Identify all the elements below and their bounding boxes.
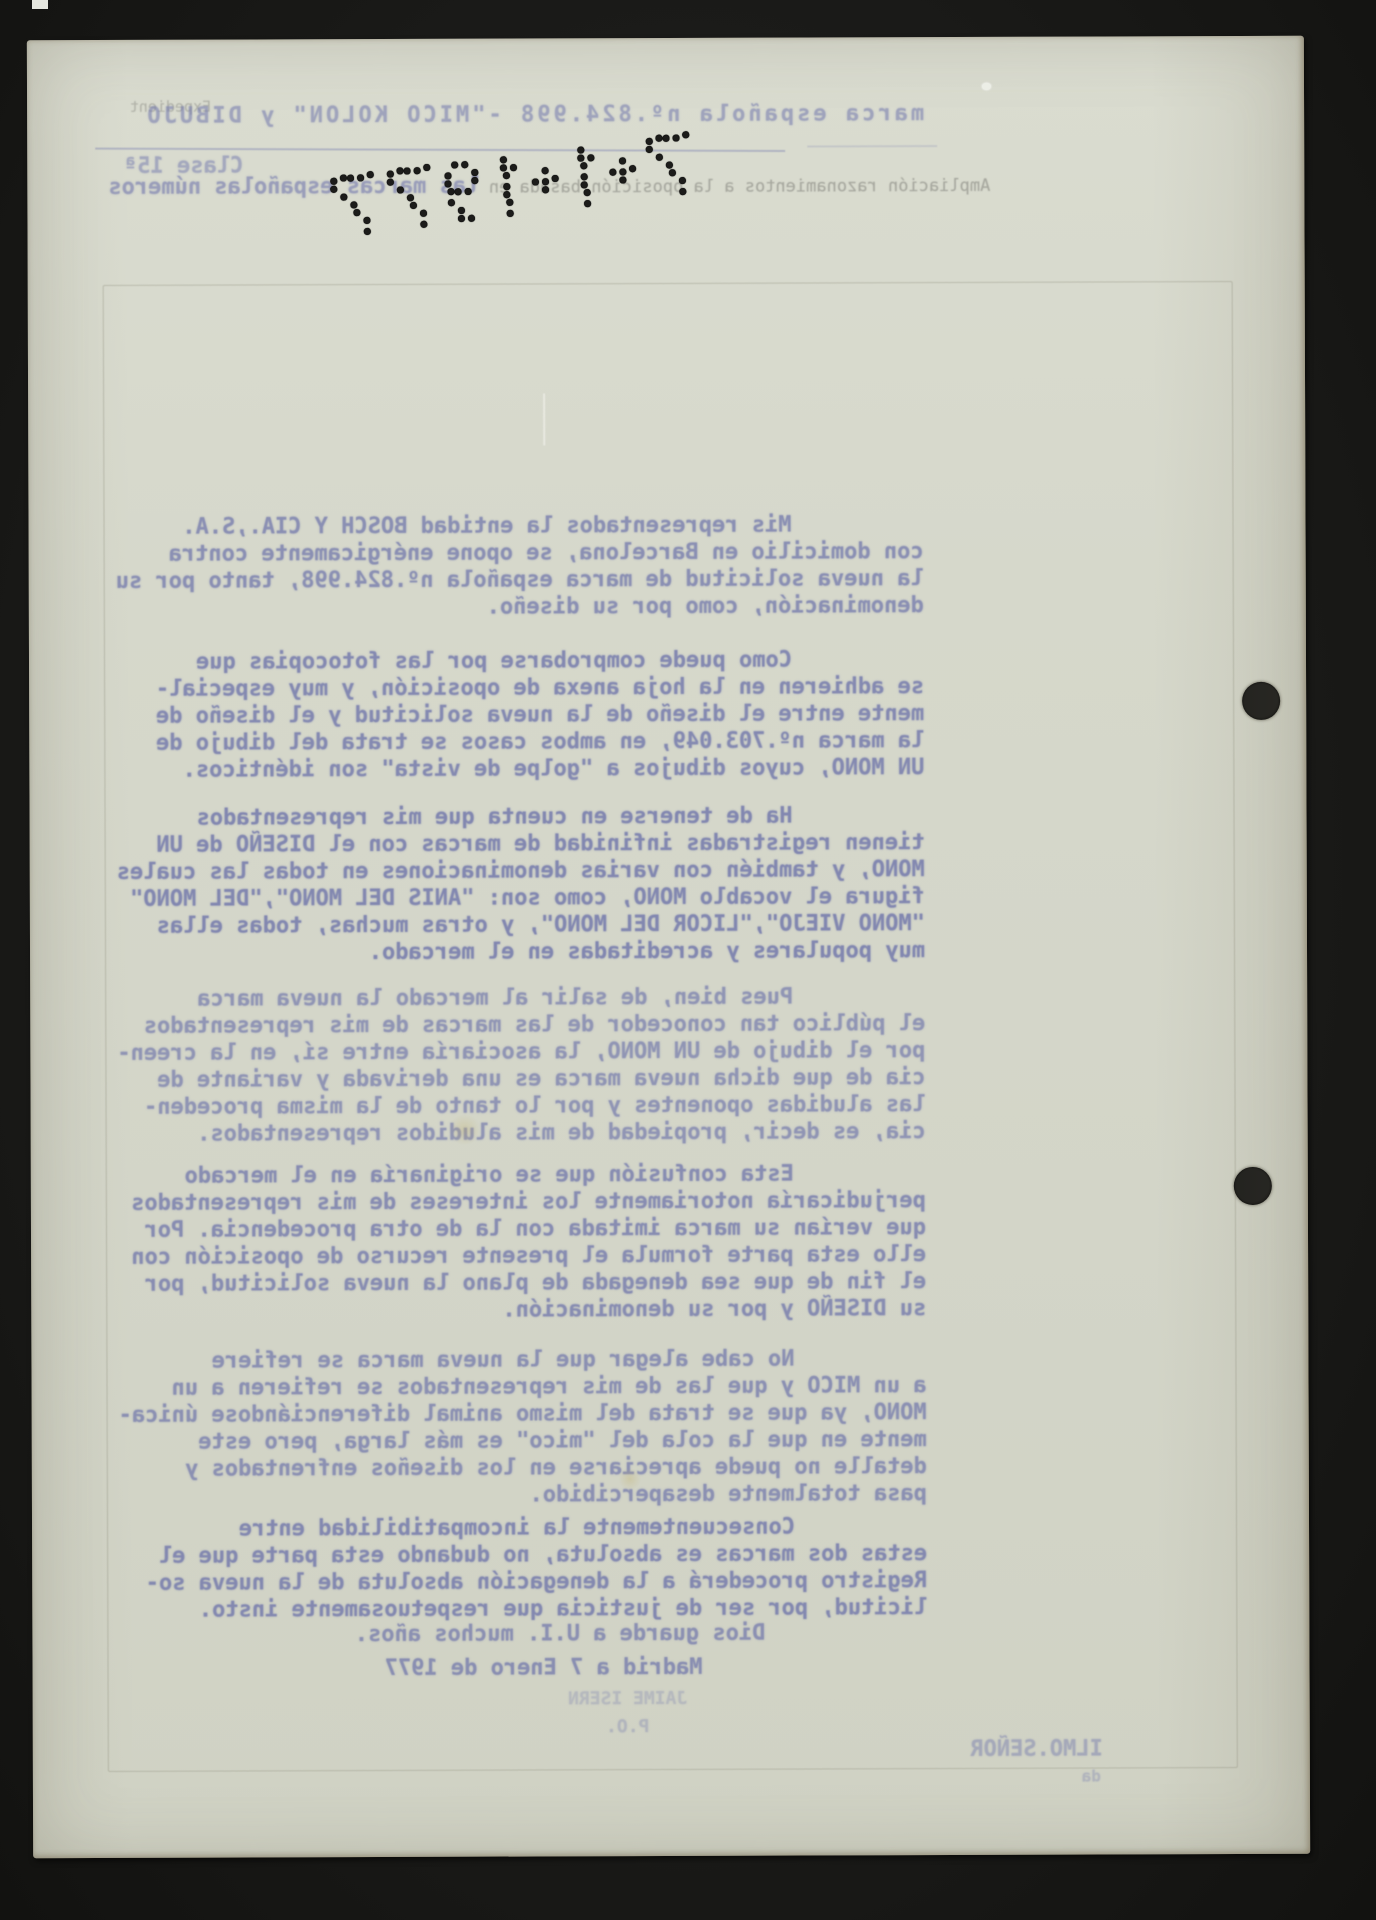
paragraph-line: se adhieren en la hoja anexa de oposició…	[114, 673, 924, 703]
perforation-dot	[682, 131, 689, 138]
perforation-dot	[587, 154, 594, 161]
paper-speck	[982, 83, 991, 90]
perforation-dot	[350, 201, 357, 208]
signature-stamp: JAIME ISERN	[548, 1688, 708, 1710]
paragraph-line: tienen registradas infinidad de marcas c…	[115, 829, 925, 859]
perforation-dot	[656, 134, 663, 141]
paragraph-line: figura el vocablo MONO, como son: "ANIS …	[115, 883, 925, 913]
paragraph-line: Esta confusión que se originaría en el m…	[116, 1160, 926, 1190]
perforation-dot	[340, 193, 347, 200]
perforation-dot	[471, 177, 478, 184]
paragraph-line: "MONO VIEJO","LICOR DEL MONO", y otras m…	[115, 910, 925, 940]
perforation-dot	[581, 181, 588, 188]
po-label: P.O.	[588, 1716, 668, 1737]
perforation-dot	[458, 215, 465, 222]
perforation-dot	[679, 188, 686, 195]
perforation-dot	[584, 189, 591, 196]
perforation-dot	[500, 164, 507, 171]
punch-hole-bottom	[1234, 1167, 1272, 1205]
paragraph-line: su DISEÑO y por su denominación.	[116, 1295, 926, 1325]
paragraph-line: MONO, y también con varias denominacione…	[115, 856, 925, 886]
perforation-dot	[629, 165, 636, 172]
perforation-dot	[669, 169, 676, 176]
paragraph-line: Ha de tenerse en cuenta que mis represen…	[115, 802, 925, 832]
perforation-dot	[465, 188, 472, 195]
perforation-dot	[673, 134, 680, 141]
perforation-dot	[666, 161, 673, 168]
dateline: Madrid a 7 Enero de 1977	[117, 1653, 927, 1683]
perforation-dot	[330, 177, 337, 184]
perforation-dot	[387, 170, 394, 177]
paragraph-line: las aludidas oponentes y por lo tanto de…	[116, 1091, 926, 1121]
perforation-dot	[471, 169, 478, 176]
perforation-dot	[420, 209, 427, 216]
perforation-dot	[646, 137, 653, 144]
punch-hole-top	[1242, 682, 1280, 720]
perforation-dot	[468, 214, 475, 221]
paragraph-line: Mis representados la entidad BOSCH Y CIA…	[113, 511, 923, 541]
perforation-dot	[414, 167, 421, 174]
paragraph-line: Pues bien, de salir al mercado la nueva …	[115, 983, 925, 1013]
perforation-dot	[353, 209, 360, 216]
paragraph-line: No cabe alegar que la nueva marca se ref…	[116, 1345, 926, 1375]
perforation-dot	[507, 209, 514, 216]
paper-scratch	[543, 393, 545, 445]
perforation-dot	[646, 146, 653, 153]
document-page: Expedient marca española nº.824.998 -"MI…	[27, 36, 1310, 1858]
scan-background: Expedient marca española nº.824.998 -"MI…	[0, 0, 1376, 1920]
perforation-dot	[500, 156, 507, 163]
perforation-dot	[619, 176, 626, 183]
paragraph-line: el fin de que sea denegada de plano la n…	[116, 1268, 926, 1298]
perforation-dot	[679, 177, 686, 184]
perforation-dot	[455, 188, 462, 195]
paragraph: Esta confusión que se originaría en el m…	[116, 1160, 927, 1325]
addressee-line: ILMO.SEÑOR	[938, 1736, 1103, 1762]
paragraph-line: muy populares y acreditadas en el mercad…	[115, 937, 925, 967]
paragraph: Como puede comprobarse por las fotocopia…	[114, 646, 924, 784]
paragraph-line: MONO, ya que se trata del mismo animal d…	[117, 1399, 927, 1429]
paragraph-line: cia de que dicha nueva marca es una deri…	[115, 1064, 925, 1094]
perforation-dot	[451, 161, 458, 168]
perforation-dot	[656, 153, 663, 160]
perforation-dot	[552, 175, 559, 182]
paragraph-line: mente entre el diseño de la nueva solici…	[114, 700, 924, 730]
perforation-dot	[357, 174, 364, 181]
paragraph-line: cia, es decir, propiedad de mis aludidos…	[116, 1118, 926, 1148]
paragraph-line: la marca nº.703.049, en ambos casos se t…	[114, 727, 924, 757]
perforation-dot	[420, 220, 427, 227]
perforation-dot	[347, 174, 354, 181]
perforation-dot	[423, 164, 430, 171]
header-subject-line: marca española nº.824.998 -"MICO KOLON" …	[100, 101, 924, 129]
perforation-dot	[503, 183, 510, 190]
scanner-notch	[32, 0, 48, 9]
paragraph-line: con domicilio en Barcelona, se opone ené…	[114, 538, 924, 568]
header-underline-segment	[807, 145, 937, 147]
perforation-dot	[577, 146, 584, 153]
paragraph-line: por el dibujo de UN MONO, la asociaría e…	[115, 1037, 925, 1067]
perforation-dot	[445, 172, 452, 179]
paragraph-line: estas dos marcas es absoluta, no dudando…	[117, 1540, 927, 1570]
perforation-dot	[542, 178, 549, 185]
perforation-dot	[407, 194, 414, 201]
perforation-dot	[503, 172, 510, 179]
paragraph: Ha de tenerse en cuenta que mis represen…	[115, 802, 926, 967]
body-text: Mis representados la entidad BOSCH Y CIA…	[27, 36, 1304, 40]
perforation-dot	[581, 173, 588, 180]
paper-stain-small	[618, 1468, 642, 1490]
perforation-dot	[542, 167, 549, 174]
paragraph: No cabe alegar que la nueva marca se ref…	[116, 1345, 927, 1510]
paragraph-line: perjudicaría notoriamente los intereses …	[116, 1187, 926, 1217]
perforation-dot	[663, 134, 670, 141]
paragraph-line: detalle no puede apreciarse en los diseñ…	[117, 1453, 927, 1483]
perforation-dot	[330, 185, 337, 192]
paragraph: Consecuentemente la incompatibilidad ent…	[117, 1513, 927, 1624]
perforation-dot	[364, 216, 371, 223]
paragraph-line: Consecuentemente la incompatibilidad ent…	[117, 1513, 927, 1543]
farewell-line: Dios guarde a U.I. muchos años.	[117, 1619, 927, 1649]
perforation-dot	[397, 167, 404, 174]
perforation-dot	[542, 186, 549, 193]
perforation-dot	[410, 202, 417, 209]
paragraph-line: Como puede comprobarse por las fotocopia…	[114, 646, 924, 676]
paragraph: Mis representados la entidad BOSCH Y CIA…	[113, 511, 923, 622]
perforation-dot	[404, 167, 411, 174]
perforation-dot	[448, 188, 455, 195]
perforation-dot	[510, 164, 517, 171]
perforation-dot	[387, 178, 394, 185]
perforation-dot	[584, 200, 591, 207]
perforation-dot	[577, 154, 584, 161]
perforation-dot	[503, 191, 510, 198]
paragraph-line: a un MICO y que las de mis representados…	[116, 1372, 926, 1402]
paragraph-line: Registro procederá a la denegación absol…	[117, 1567, 927, 1597]
paragraph-line: ello esta parte formula el presente recu…	[116, 1241, 926, 1271]
perforation-dot	[506, 198, 513, 205]
paper-stain	[448, 1115, 482, 1145]
paragraph-line: denominación, como por su diseño.	[114, 592, 924, 622]
perforation-dot	[461, 161, 468, 168]
perforation-dot	[448, 199, 455, 206]
dateline-text: Madrid a 7 Enero de 1977	[117, 1653, 927, 1683]
perforation-dot	[367, 171, 374, 178]
perforation-dot	[340, 174, 347, 181]
corner-mark: da	[1061, 1766, 1101, 1785]
paragraph-line: que verían su marca imitada con la de ot…	[116, 1214, 926, 1244]
perforation-dot	[397, 186, 404, 193]
perforation-dot	[580, 162, 587, 169]
paragraph: Pues bien, de salir al mercado la nueva …	[115, 983, 926, 1148]
perforation-dot	[532, 178, 539, 185]
perforation-dot	[364, 228, 371, 235]
perforation-dot	[609, 168, 616, 175]
perforation-dot	[619, 168, 626, 175]
paragraph-line: UN MONO, cuyos dibujos a "golpe de vista…	[114, 754, 924, 784]
paragraph-line: la nueva solicitud de marca española nº.…	[114, 565, 924, 595]
perforation-dot	[445, 180, 452, 187]
perforation-dot	[458, 207, 465, 214]
perforation-dot	[619, 157, 626, 164]
paragraph-line: mente en que la cola del "mico" es más l…	[117, 1426, 927, 1456]
paragraph-line: el público tan conocedor de las marcas d…	[115, 1010, 925, 1040]
paragraph-line: pasa totalmente desapercibido.	[117, 1480, 927, 1510]
farewell-text: Dios guarde a U.I. muchos años.	[117, 1619, 927, 1649]
